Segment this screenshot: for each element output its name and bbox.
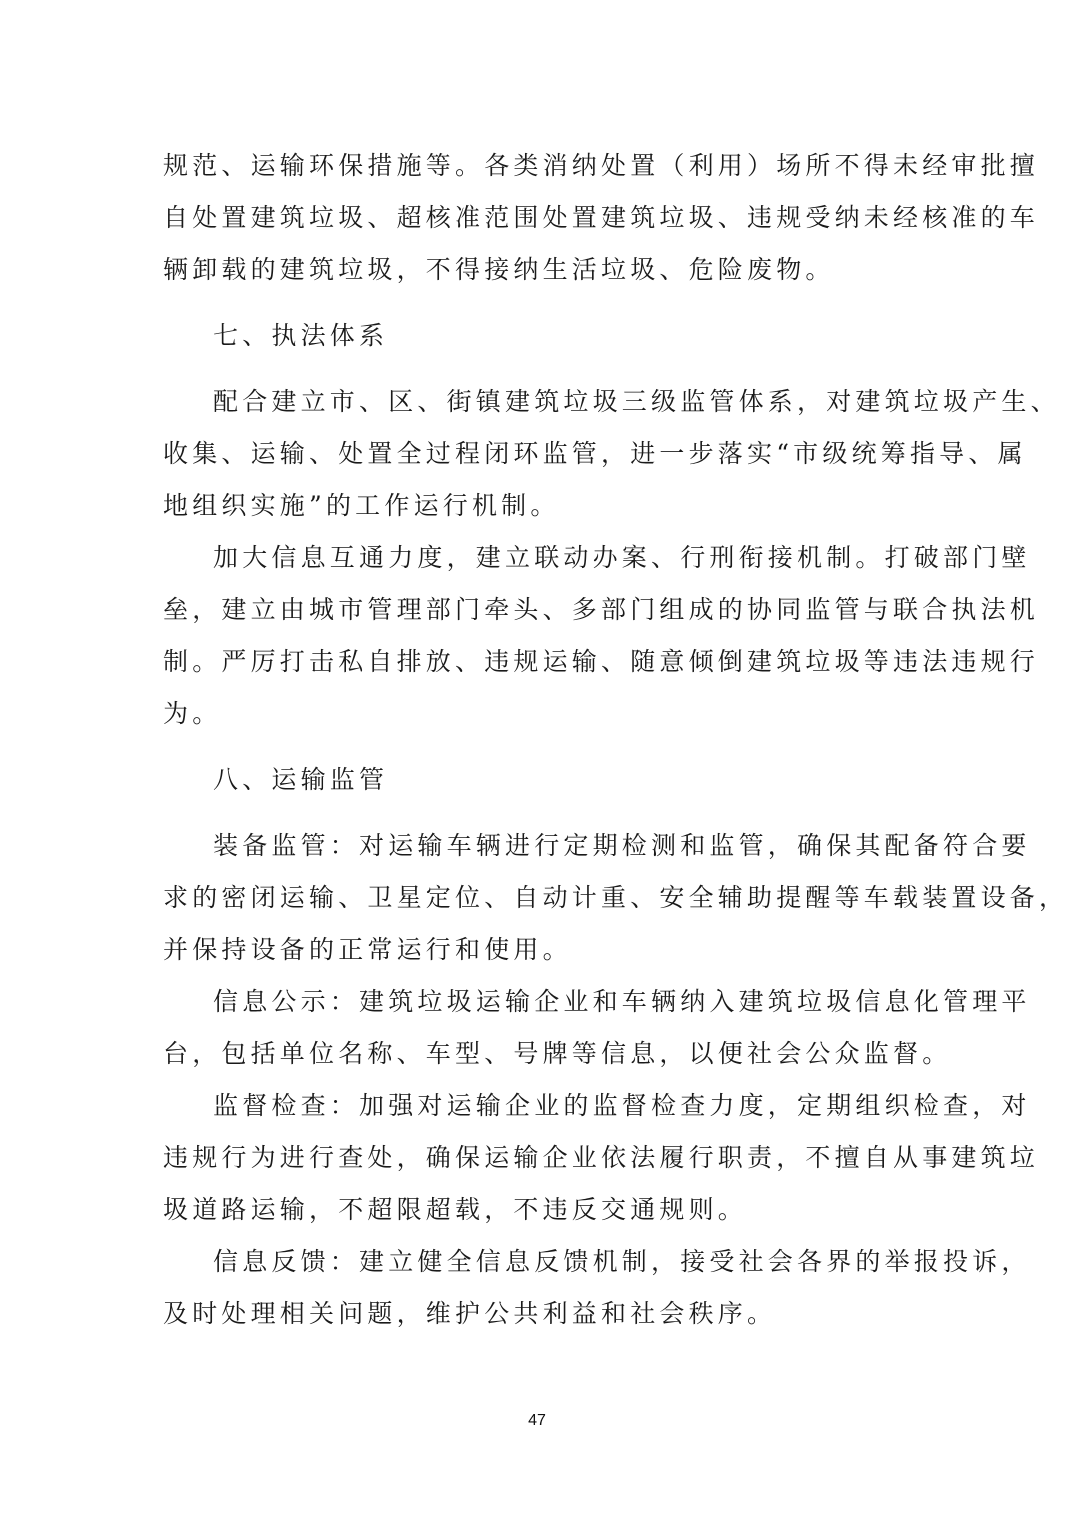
paragraph: 加大信息互通力度，建立联动办案、行刑衔接机制。打破部门壁 垒，建立由城市管理部门… (163, 532, 913, 740)
text-line: 及时处理相关问题，维护公共利益和社会秩序。 (163, 1288, 913, 1340)
paragraph: 监督检查：加强对运输企业的监督检查力度，定期组织检查，对 违规行为进行查处，确保… (163, 1080, 913, 1236)
paragraph: 配合建立市、区、街镇建筑垃圾三级监管体系，对建筑垃圾产生、 收集、运输、处置全过… (163, 376, 913, 532)
text-line: 规范、运输环保措施等。各类消纳处置（利用）场所不得未经审批擅 (163, 140, 913, 192)
paragraph: 信息反馈：建立健全信息反馈机制，接受社会各界的举报投诉， 及时处理相关问题，维护… (163, 1236, 913, 1340)
paragraph: 信息公示：建筑垃圾运输企业和车辆纳入建筑垃圾信息化管理平 台，包括单位名称、车型… (163, 976, 913, 1080)
text-line: 辆卸载的建筑垃圾，不得接纳生活垃圾、危险废物。 (163, 244, 913, 296)
section-heading-transport: 八、运输监管 (163, 754, 913, 806)
text-line: 圾道路运输，不超限超载，不违反交通规则。 (163, 1184, 913, 1236)
section-heading-enforcement: 七、执法体系 (163, 310, 913, 362)
text-line: 台，包括单位名称、车型、号牌等信息，以便社会公众监督。 (163, 1028, 913, 1080)
text-line: 违规行为进行查处，确保运输企业依法履行职责，不擅自从事建筑垃 (163, 1132, 913, 1184)
text-line: 为。 (163, 688, 913, 740)
text-line: 信息公示：建筑垃圾运输企业和车辆纳入建筑垃圾信息化管理平 (163, 976, 913, 1028)
text-line: 加大信息互通力度，建立联动办案、行刑衔接机制。打破部门壁 (163, 532, 913, 584)
text-line: 求的密闭运输、卫星定位、自动计重、安全辅助提醒等车载装置设备， (163, 872, 913, 924)
paragraph: 装备监管：对运输车辆进行定期检测和监管，确保其配备符合要 求的密闭运输、卫星定位… (163, 820, 913, 976)
text-line: 监督检查：加强对运输企业的监督检查力度，定期组织检查，对 (163, 1080, 913, 1132)
text-line: 配合建立市、区、街镇建筑垃圾三级监管体系，对建筑垃圾产生、 (163, 376, 913, 428)
text-line: 自处置建筑垃圾、超核准范围处置建筑垃圾、违规受纳未经核准的车 (163, 192, 913, 244)
page-number: 47 (0, 1412, 1074, 1430)
text-line: 垒，建立由城市管理部门牵头、多部门组成的协同监管与联合执法机 (163, 584, 913, 636)
text-line: 收集、运输、处置全过程闭环监管，进一步落实“市级统筹指导、属 (163, 428, 913, 480)
text-line: 并保持设备的正常运行和使用。 (163, 924, 913, 976)
text-line: 制。严厉打击私自排放、违规运输、随意倾倒建筑垃圾等违法违规行 (163, 636, 913, 688)
text-line: 地组织实施”的工作运行机制。 (163, 480, 913, 532)
text-line: 装备监管：对运输车辆进行定期检测和监管，确保其配备符合要 (163, 820, 913, 872)
paragraph-continued: 规范、运输环保措施等。各类消纳处置（利用）场所不得未经审批擅 自处置建筑垃圾、超… (163, 140, 913, 296)
text-line: 信息反馈：建立健全信息反馈机制，接受社会各界的举报投诉， (163, 1236, 913, 1288)
document-page: 规范、运输环保措施等。各类消纳处置（利用）场所不得未经审批擅 自处置建筑垃圾、超… (163, 140, 913, 1340)
